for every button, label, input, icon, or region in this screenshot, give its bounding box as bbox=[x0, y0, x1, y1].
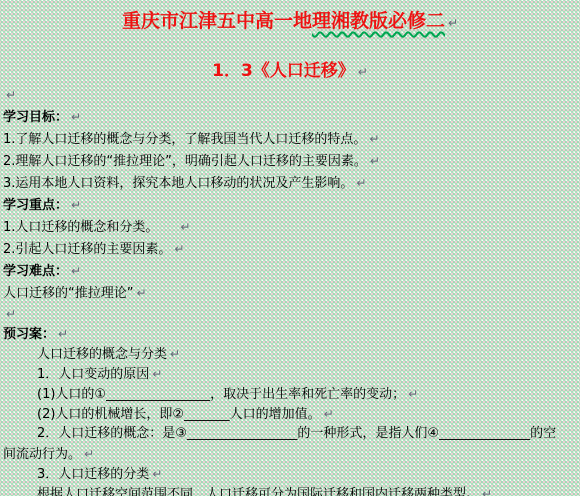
document-page: 重庆市江津五中高一地理湘教版必修二↵ 1．3《人口迁移》↵ ↵ 学习目标：↵ 1… bbox=[0, 0, 580, 496]
key-point-text: 1.人口迁移的概念和分类。 bbox=[3, 220, 158, 235]
paragraph-mark: ↵ bbox=[152, 467, 162, 481]
paragraph-mark: ↵ bbox=[152, 367, 162, 381]
heading-preview-plan: 预习案：↵ bbox=[0, 324, 580, 344]
key-point-item: 1.人口迁移的概念和分类。↵ bbox=[0, 216, 580, 238]
key-point-text: 2.引起人口迁移的主要因素。 bbox=[3, 242, 171, 257]
paragraph-mark: ↵ bbox=[448, 16, 458, 30]
paragraph-mark: ↵ bbox=[170, 347, 180, 361]
difficulty-item: 人口迁移的“推拉理论”↵ bbox=[0, 282, 580, 304]
paragraph-mark: ↵ bbox=[58, 327, 68, 341]
heading-text: 学习重点： bbox=[3, 198, 68, 213]
goal-item-text: 1.了解人口迁移的概念与分类，了解我国当代人口迁移的特点。 bbox=[3, 132, 366, 147]
lesson-title-text: 1．3《人口迁移》 bbox=[212, 61, 355, 81]
preview-text: 人口迁移的概念与分类 bbox=[37, 347, 167, 362]
preview-blank-line: (2)人口的机械增长，即②_______人口的增加值。↵ bbox=[0, 404, 580, 424]
paragraph-mark: ↵ bbox=[358, 65, 368, 79]
preview-text: 2．人口迁移的概念：是③_________________的一种形式，是指人们④… bbox=[37, 426, 556, 441]
heading-text: 学习目标： bbox=[3, 110, 68, 125]
preview-text: (2)人口的机械增长，即②_______人口的增加值。 bbox=[37, 407, 321, 422]
goal-item-text: 3.运用本地人口资料，探究本地人口移动的状况及产生影响。 bbox=[3, 176, 353, 191]
preview-text: 间流动行为。 bbox=[3, 447, 81, 462]
paragraph-mark: ↵ bbox=[482, 487, 492, 496]
paragraph-mark: ↵ bbox=[71, 264, 81, 278]
heading-key-points: 学习重点：↵ bbox=[0, 194, 580, 216]
paragraph-mark: ↵ bbox=[408, 387, 418, 401]
preview-blank-line: 2．人口迁移的概念：是③_________________的一种形式，是指人们④… bbox=[0, 424, 580, 444]
paragraph-mark: ↵ bbox=[84, 447, 94, 461]
heading-text: 预习案： bbox=[3, 327, 55, 342]
preview-text: 1．人口变动的原因 bbox=[37, 367, 149, 382]
difficulty-text: 人口迁移的“推拉理论” bbox=[3, 286, 133, 301]
paragraph-mark: ↵ bbox=[180, 220, 190, 234]
doc-header-title: 重庆市江津五中高一地理湘教版必修二↵ bbox=[0, 0, 580, 35]
preview-line: 人口迁移的概念与分类↵ bbox=[0, 344, 580, 364]
preview-line: 1．人口变动的原因↵ bbox=[0, 364, 580, 384]
preview-blank-line: (1)人口的①________________，取决于出生率和死亡率的变动；↵ bbox=[0, 384, 580, 404]
lesson-title: 1．3《人口迁移》↵ bbox=[0, 59, 580, 84]
paragraph-mark: ↵ bbox=[174, 242, 184, 256]
heading-difficulties: 学习难点：↵ bbox=[0, 260, 580, 282]
goal-item: 2.理解人口迁移的“推拉理论”，明确引起人口迁移的主要因素。↵ bbox=[0, 150, 580, 172]
paragraph-mark: ↵ bbox=[136, 286, 146, 300]
paragraph-mark: ↵ bbox=[369, 132, 379, 146]
preview-text: 3．人口迁移的分类 bbox=[37, 467, 149, 482]
paragraph-mark: ↵ bbox=[6, 88, 16, 102]
preview-line: 3．人口迁移的分类↵ bbox=[0, 464, 580, 484]
course-title-text: 重庆市江津五中高一地 bbox=[122, 10, 312, 32]
preview-text: 根据人口迁移空间范围不同，人口迁移可分为国际迁移和国内迁移两种类型。 bbox=[37, 487, 479, 496]
goal-item-text: 2.理解人口迁移的“推拉理论”，明确引起人口迁移的主要因素。 bbox=[3, 154, 367, 169]
key-point-item: 2.引起人口迁移的主要因素。↵ bbox=[0, 238, 580, 260]
preview-line: 根据人口迁移空间范围不同，人口迁移可分为国际迁移和国内迁移两种类型。↵ bbox=[0, 484, 580, 496]
paragraph-mark: ↵ bbox=[71, 110, 81, 124]
heading-learning-goals: 学习目标：↵ bbox=[0, 106, 580, 128]
heading-text: 学习难点： bbox=[3, 264, 68, 279]
preview-wrapped-line: 间流动行为。↵ bbox=[0, 444, 580, 464]
goal-item: 1.了解人口迁移的概念与分类，了解我国当代人口迁移的特点。↵ bbox=[0, 128, 580, 150]
goal-item: 3.运用本地人口资料，探究本地人口移动的状况及产生影响。↵ bbox=[0, 172, 580, 194]
paragraph-mark: ↵ bbox=[6, 307, 16, 321]
preview-text: (1)人口的①________________，取决于出生率和死亡率的变动； bbox=[37, 387, 405, 402]
paragraph-mark: ↵ bbox=[71, 198, 81, 212]
paragraph-mark: ↵ bbox=[356, 176, 366, 190]
paragraph-mark: ↵ bbox=[324, 407, 334, 421]
empty-paragraph: ↵ bbox=[0, 84, 580, 106]
empty-paragraph: ↵ bbox=[0, 304, 580, 324]
paragraph-mark: ↵ bbox=[370, 154, 380, 168]
spellcheck-squiggle-text: 理湘教版必修二 bbox=[312, 10, 445, 32]
